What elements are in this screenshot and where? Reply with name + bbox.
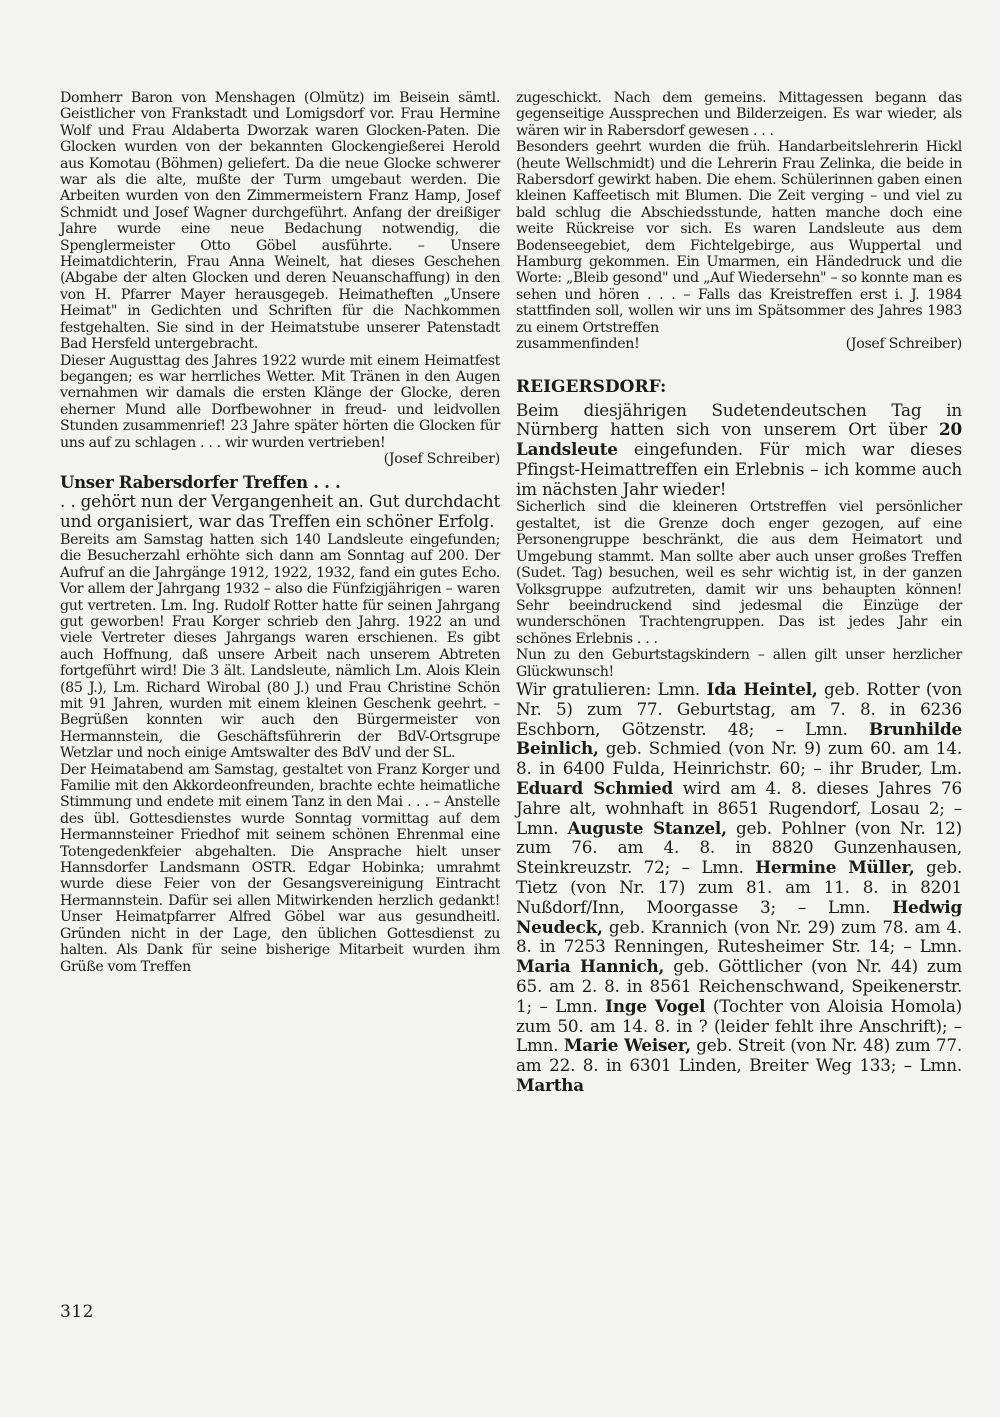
lead-text: Beim diesjährigen Sudetendeutschen Tag i… [516,400,962,440]
birthday-name: Inge Vogel [605,996,705,1016]
right-column: zugeschickt. Nach dem gemeins. Mittagess… [516,90,962,1096]
paragraph-continuation: zugeschickt. Nach dem gemeins. Mittagess… [516,90,962,139]
birthday-name: Auguste Stanzel, [568,818,727,838]
closing-text: zusammenfinden! [516,336,640,352]
birthday-list: Wir gratulieren: Lmn. Ida Heintel, geb. … [516,680,962,1096]
section-heading-rabersdorf-treffen: Unser Rabersdorfer Treffen . . . [60,473,500,492]
author-signature: (Josef Schreiber) [60,451,500,467]
section-lead: . . gehört nun der Vergangenheit an. Gut… [60,492,500,532]
closing-line: zusammenfinden! (Josef Schreiber) [516,336,962,352]
birthday-text: Wir gratulieren: Lmn. [516,679,707,699]
page-number: 312 [60,1302,94,1322]
birthday-name: Maria Hannich, [516,956,664,976]
birthday-name: Eduard Schmied [516,778,673,798]
paragraph-ortstreffen: Sicherlich sind die kleineren Ortstreffe… [516,499,962,647]
section-lead-reigersdorf: Beim diesjährigen Sudetendeutschen Tag i… [516,401,962,500]
document-page: Domherr Baron von Menshagen (Olmütz) im … [0,0,1000,1417]
birthday-name: Marie Weiser, [564,1035,691,1055]
section-heading-reigersdorf: REIGERSDORF: [516,377,962,397]
paragraph-honored-teachers: Besonders geehrt wurden die früh. Handar… [516,139,962,336]
paragraph-bells-history: Domherr Baron von Menshagen (Olmütz) im … [60,90,500,353]
paragraph-treffen-visitors: Bereits am Samstag hatten sich 140 Lands… [60,532,500,762]
paragraph-heimatabend: Der Heimatabend am Samstag, gestaltet vo… [60,762,500,975]
paragraph-birthday-intro: Nun zu den Geburtstagskindern – allen gi… [516,647,962,680]
left-column: Domherr Baron von Menshagen (Olmütz) im … [60,90,500,975]
birthday-name: Martha [516,1075,584,1095]
author-signature: (Josef Schreiber) [846,336,962,352]
birthday-name: Hermine Müller, [755,857,914,877]
birthday-name: Ida Heintel, [707,679,818,699]
paragraph-bells-1922: Dieser Augusttag des Jahres 1922 wurde m… [60,353,500,451]
